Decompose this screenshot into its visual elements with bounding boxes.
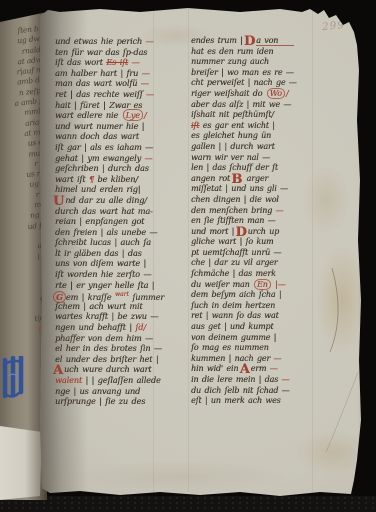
photo-background [0, 496, 376, 512]
blue-initial-ornament [1, 356, 27, 402]
text-line: ret | wann ſo das wat [191, 311, 317, 322]
text-line: nge | us anvang und [55, 386, 191, 397]
text-line: rte | er ynger helle ſta | [55, 280, 191, 291]
text-line: gliche wart | ſo kum [191, 237, 317, 248]
text-line: iſt das wort Es iſt — [55, 57, 191, 68]
text-line: miſſetat | und uns gli — [191, 184, 317, 195]
text-line: walent | | geſlaſſen allede [55, 375, 191, 386]
text-line: aus get | und kumpt [191, 322, 317, 333]
text-line: el her in des brotes ſin — [55, 343, 191, 354]
page-top-shadow [40, 0, 366, 10]
text-line: wart iſt ¶ be kliben/ [55, 174, 191, 185]
text-line: el under des briſter het | [55, 354, 191, 365]
text-line: es gleichet hung ün [191, 131, 317, 142]
folio-number: 299 [321, 19, 345, 33]
text-line: geſchriben | durch das [55, 163, 191, 174]
text-column-right: endes trum | Da vonhat es den rum idennu… [191, 36, 317, 407]
text-line: ten für war das ſp-das [55, 47, 191, 58]
text-line: eſt | un merk ach wes [191, 396, 317, 407]
manuscript-page: 299 und etwas hie perich —ten für war da… [40, 0, 366, 512]
text-line: lt ir gläben das | das [55, 248, 191, 259]
text-line: Gem | kraſſe wart ſummer [55, 290, 191, 301]
text-line: und wurt numer hie | [55, 121, 191, 132]
text-line: man das wart wolfü — [55, 78, 191, 89]
text-line: ngen und behafft | ſd/ [55, 322, 191, 333]
text-line: wartes krafft | be zwu — [55, 311, 191, 322]
text-line: urſprunge | ſie zu des [55, 396, 191, 407]
text-line: in die lere mein | das — [191, 375, 317, 386]
text-line: endes trum | Da von [191, 36, 317, 47]
text-line: che | dar zu vil arger [191, 258, 317, 269]
text-line: phaffer von dem him — [55, 333, 191, 344]
text-line: den freien | als unebe — [55, 227, 191, 238]
text-line: ret | das rechte weiſſ — [55, 89, 191, 100]
text-line: von deinem gumme | [191, 333, 317, 344]
text-line: cht perweiſet | nach ge — [191, 78, 317, 89]
text-line: du weiſer man En |— [191, 280, 317, 291]
text-line: breiſer | wo man es re — [191, 68, 317, 79]
text-line: kummen | nach ger — [191, 354, 317, 365]
text-line: iſshait nit peſthümſt/ [191, 110, 317, 121]
text-line: ſchmäche | das merk [191, 269, 317, 280]
text-line: iſt worden hie zerſto — [55, 269, 191, 280]
text-line: und mort | Durch up [191, 227, 317, 238]
facing-page-edge: ſten bug dwrnaldat adwr|auf mamb dan zeſ… [0, 0, 47, 500]
text-line: hait | füret | Zwar es [55, 100, 191, 111]
text-line: hin wid' ein Aerm — [191, 364, 317, 375]
text-line: Auch wure durch wart [55, 364, 191, 375]
text-line: nummer zung auch [191, 57, 317, 68]
text-column-left: und etwas hie perich —ten für war das ſp… [55, 36, 191, 407]
text-line: und etwas hie perich — [55, 36, 191, 47]
text-line: am halber hart | fru — [55, 68, 191, 79]
text-line: wann doch das wart [55, 131, 191, 142]
text-line: ſuch in deim hertzen [191, 301, 317, 312]
text-line: den menſchen bring — [191, 206, 317, 217]
text-line: pt uemtſchafft unrü — [191, 248, 317, 259]
text-line: en ſie ſtifften man — [191, 216, 317, 227]
text-line: aber das alſz | mit we — [191, 100, 317, 111]
manuscript-photo: ſten bug dwrnaldat adwr|auf mamb dan zeſ… [0, 0, 376, 512]
text-line: warn wir ver nal — [191, 153, 317, 164]
text-line: iſt gar | als es iaham — [55, 142, 191, 153]
text-line: chen dingen | die wol [191, 195, 317, 206]
text-line: gehat | ym ewangely — [55, 153, 191, 164]
text-line: len | das ſchuff der ſt [191, 163, 317, 174]
text-line: ſchem | ach wurt mit [55, 301, 191, 312]
text-line: dem beſym aich ſcha | [191, 290, 317, 301]
text-line: ſo mag es nummen [191, 343, 317, 354]
text-line: reian | enpfangen got [55, 216, 191, 227]
text-line: ſchreibt lucas | auch ſa [55, 237, 191, 248]
text-line: gallen | | durch wart [191, 142, 317, 153]
text-line: riger weiſshait do Wo/ [191, 89, 317, 100]
text-line: uns von diſem warte | [55, 258, 191, 269]
text-line: iſt es gar ent wicht | [191, 121, 317, 132]
page-stack-edge [0, 426, 42, 500]
text-line: himel und erden rig| [55, 184, 191, 195]
text-line: wart edlere nie Lye/ [55, 110, 191, 121]
text-line: du dich ſelb nit ſchad — [191, 386, 317, 397]
text-line: hat es den rum iden [191, 47, 317, 58]
text-line: angen rot B arger [191, 174, 317, 185]
text-line: durch das wart hat ma- [55, 206, 191, 217]
text-line: Und dar zu alle ding/ [55, 195, 191, 206]
